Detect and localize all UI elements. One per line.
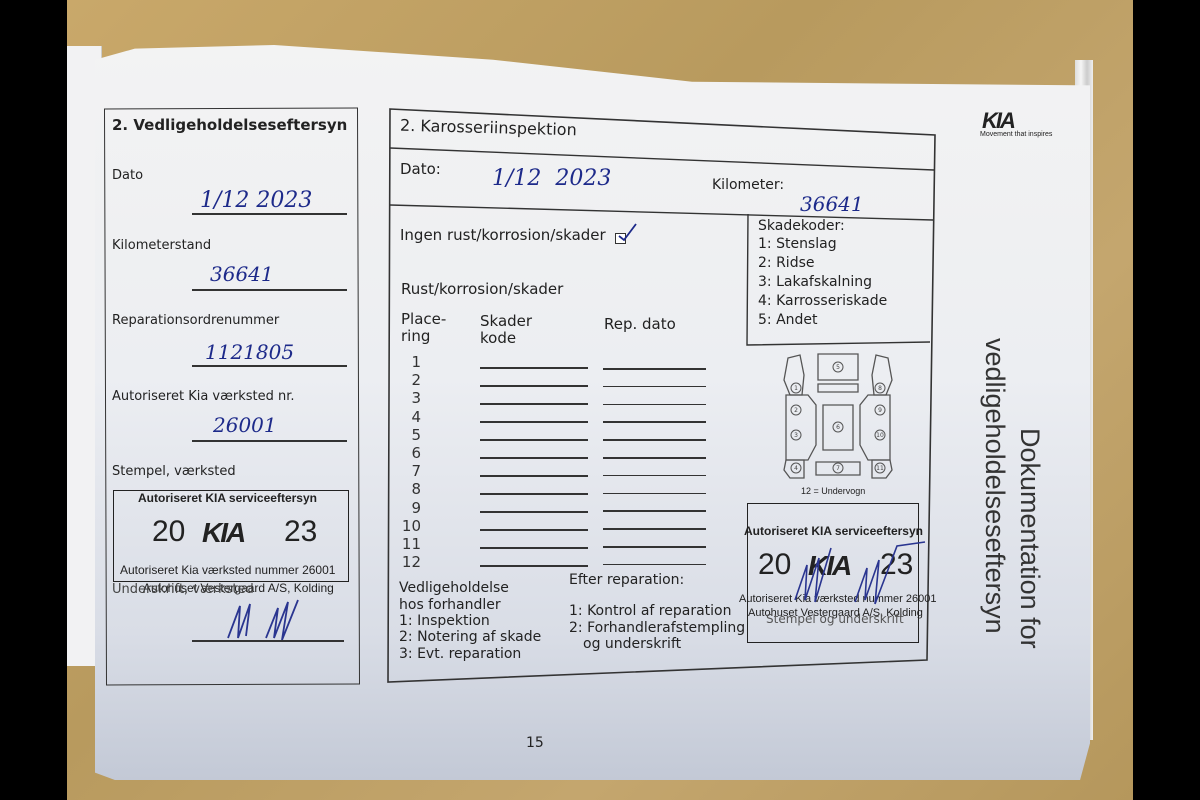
maintenance-line-1: Vedligeholdelse: [399, 580, 509, 596]
after-repair-title: Efter reparation:: [569, 572, 684, 588]
after-repair-line-2: 2: Forhandlerafstempling: [569, 620, 745, 636]
damage-code-2: 2: Ridse: [758, 255, 815, 271]
row-number: 4: [397, 408, 421, 426]
rep-date-field[interactable]: [603, 493, 706, 495]
rust-label: Rust/korrosion/skader: [401, 280, 563, 298]
maintenance-line-3: 1: Inspektion: [399, 613, 490, 629]
row-number: 2: [397, 371, 421, 389]
col-placement-line1: Place-: [401, 310, 446, 328]
damage-code-field[interactable]: [480, 529, 588, 531]
right-km-value[interactable]: 36641: [800, 192, 864, 216]
workshop-label: Autoriseret Kia værksted nr.: [112, 389, 295, 404]
rep-date-field[interactable]: [603, 457, 706, 459]
svg-text:9: 9: [878, 407, 882, 414]
maintenance-line-2: hos forhandler: [399, 597, 501, 613]
no-rust-label: Ingen rust/korrosion/skader: [400, 226, 606, 244]
rep-date-field[interactable]: [603, 386, 706, 388]
svg-text:2: 2: [794, 407, 798, 414]
order-value[interactable]: 1121805: [205, 340, 294, 364]
col-rep-date: Rep. dato: [604, 315, 676, 333]
left-stamp: Autoriseret KIA serviceeftersyn 20 KIA 2…: [113, 490, 349, 582]
row-number: 7: [397, 462, 421, 480]
right-stamp-caption: Stempel og underskrift: [766, 612, 904, 626]
damage-code-field[interactable]: [480, 511, 588, 513]
date-value[interactable]: 1/12 2023: [200, 188, 312, 213]
after-repair-line-3: og underskrift: [583, 636, 681, 652]
svg-text:3: 3: [794, 432, 798, 439]
damage-code-field[interactable]: [480, 493, 588, 495]
right-stamp-title: Autoriseret KIA serviceeftersyn: [744, 524, 923, 538]
damage-code-1: 1: Stenslag: [758, 236, 837, 252]
damage-code-4: 4: Karrosseriskade: [758, 293, 887, 309]
damage-code-field[interactable]: [480, 547, 588, 549]
col-damage-code-line1: Skader: [480, 312, 532, 330]
left-form-title: 2. Vedligeholdelseseftersyn: [112, 116, 347, 134]
side-title-line2: vedligeholdelseseftersyn: [979, 338, 1010, 634]
signature-underline: [192, 640, 344, 642]
signature-label: Underskrift, værksted: [112, 582, 254, 597]
km-label: Kilometerstand: [112, 238, 211, 253]
row-number: 11: [397, 535, 421, 553]
svg-text:6: 6: [836, 424, 840, 431]
svg-text:11: 11: [876, 465, 884, 472]
left-stamp-line1: Autoriseret Kia værksted nummer 26001: [120, 563, 335, 577]
diagram-caption: 12 = Undervogn: [801, 486, 865, 496]
svg-text:10: 10: [876, 432, 884, 439]
damage-code-field[interactable]: [480, 457, 588, 459]
brand-tagline: Movement that inspires: [980, 131, 1052, 138]
car-diagram-icon: 5 1 2 3 4 6 7 8 9 10 11: [778, 350, 898, 485]
left-stamp-kia-logo: KIA: [202, 517, 244, 549]
row-number: 10: [397, 517, 421, 535]
date-underline: [192, 213, 347, 215]
km-underline: [192, 289, 347, 291]
right-date-label: Dato:: [400, 160, 441, 178]
col-damage-code-line2: kode: [480, 329, 516, 347]
svg-text:1: 1: [794, 385, 798, 392]
damage-code-3: 3: Lakafskalning: [758, 274, 872, 290]
damage-code-field[interactable]: [480, 439, 588, 441]
rep-date-field[interactable]: [603, 510, 706, 512]
checkmark-icon: [616, 222, 638, 244]
rep-date-field[interactable]: [603, 421, 706, 423]
row-number: 8: [397, 480, 421, 498]
rep-date-field[interactable]: [603, 475, 706, 477]
rep-date-field[interactable]: [603, 439, 706, 441]
rep-date-field[interactable]: [603, 368, 706, 370]
stamp-label: Stempel, værksted: [112, 464, 236, 479]
workshop-value[interactable]: 26001: [213, 413, 277, 437]
order-underline: [192, 365, 347, 367]
damage-code-field[interactable]: [480, 421, 588, 423]
side-title-line1: Dokumentation for: [1014, 428, 1045, 649]
km-value[interactable]: 36641: [210, 262, 274, 286]
maintenance-line-5: 3: Evt. reparation: [399, 646, 521, 662]
right-km-label: Kilometer:: [712, 177, 784, 193]
rep-date-field[interactable]: [603, 564, 706, 566]
svg-text:7: 7: [836, 465, 840, 472]
row-number: 5: [397, 426, 421, 444]
damage-code-field[interactable]: [480, 565, 588, 567]
date-label: Dato: [112, 168, 143, 183]
row-number: 6: [397, 444, 421, 462]
damage-code-field[interactable]: [480, 475, 588, 477]
svg-text:4: 4: [794, 465, 798, 472]
right-signature: [785, 540, 935, 610]
damage-code-field[interactable]: [480, 385, 588, 387]
row-number: 3: [397, 389, 421, 407]
left-signature: [222, 598, 312, 643]
row-number: 1: [397, 353, 421, 371]
damage-code-5: 5: Andet: [758, 312, 818, 328]
car-body-diagram: 5 1 2 3 4 6 7 8 9 10 11: [778, 350, 898, 485]
damage-code-field[interactable]: [480, 403, 588, 405]
maintenance-line-4: 2: Notering af skade: [399, 629, 541, 645]
after-repair-line-1: 1: Kontrol af reparation: [569, 603, 731, 619]
order-label: Reparationsordrenummer: [112, 313, 279, 328]
svg-text:5: 5: [836, 364, 840, 371]
damage-codes-title: Skadekoder:: [758, 218, 845, 234]
svg-text:8: 8: [878, 385, 882, 392]
damage-code-field[interactable]: [480, 367, 588, 369]
workshop-underline: [192, 440, 347, 442]
page-number: 15: [526, 735, 544, 751]
rep-date-field[interactable]: [603, 546, 706, 548]
row-number: 9: [397, 499, 421, 517]
right-date-value[interactable]: 1/12 2023: [492, 166, 611, 191]
left-stamp-title: Autoriseret KIA serviceeftersyn: [138, 491, 317, 505]
rep-date-field[interactable]: [603, 528, 706, 530]
left-stamp-year-left: 20: [152, 515, 185, 549]
row-number: 12: [397, 553, 421, 571]
rep-date-field[interactable]: [603, 404, 706, 406]
left-stamp-year-right: 23: [284, 515, 317, 549]
col-placement-line2: ring: [401, 327, 430, 345]
